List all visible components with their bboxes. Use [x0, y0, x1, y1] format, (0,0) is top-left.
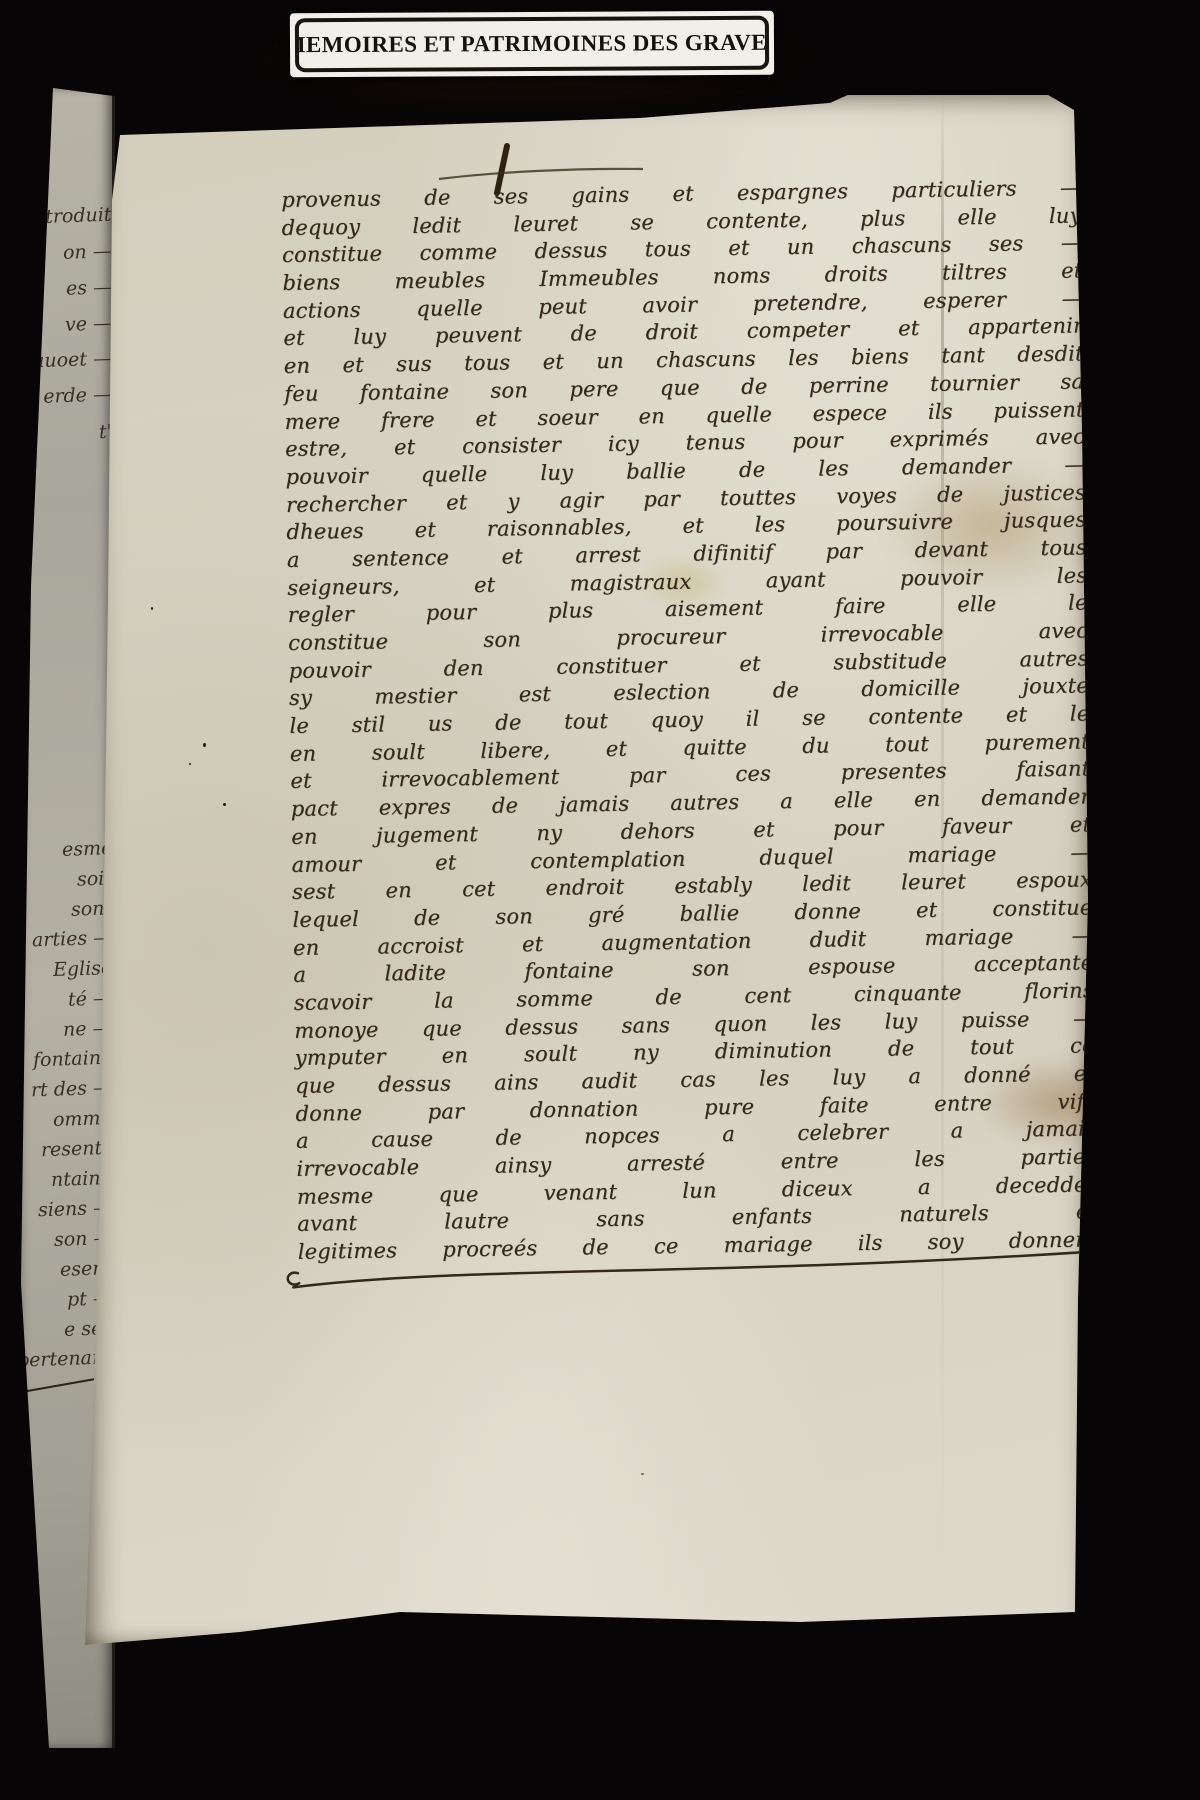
archive-label-frame: MEMOIRES ET PATRIMOINES DES GRAVES: [295, 16, 769, 72]
ink-speck: [189, 763, 191, 765]
archive-label-text: MEMOIRES ET PATRIMOINES DES GRAVES: [295, 30, 769, 59]
facing-page-text-fragment: es —: [66, 276, 113, 300]
ink-speck: [203, 743, 206, 747]
archive-label: MEMOIRES ET PATRIMOINES DES GRAVES: [290, 11, 774, 78]
facing-page-text-fragment: arties —: [31, 927, 112, 952]
manuscript-page: provenus de ses gains et espargnes parti…: [85, 95, 1088, 1645]
facing-page-text-fragment: on —: [63, 240, 112, 264]
manuscript-text-block: provenus de ses gains et espargnes parti…: [281, 174, 1098, 1266]
facing-page-text-fragment: ntroduit: [33, 204, 112, 229]
ink-speck: [223, 803, 226, 806]
ink-speck: [151, 607, 153, 610]
facing-page-text-fragment: rt des —: [31, 1077, 113, 1102]
facing-page-text-fragment: ve —: [65, 312, 113, 336]
facing-page-text-fragment: d. erde —: [19, 383, 113, 408]
manuscript-photo-scene: MEMOIRES ET PATRIMOINES DES GRAVES ntrod…: [0, 0, 1200, 1800]
facing-page-text-fragment: lauoet —: [27, 348, 113, 373]
ink-speck: [641, 1473, 644, 1475]
facing-page-text-fragment: fontaine: [32, 1047, 112, 1072]
